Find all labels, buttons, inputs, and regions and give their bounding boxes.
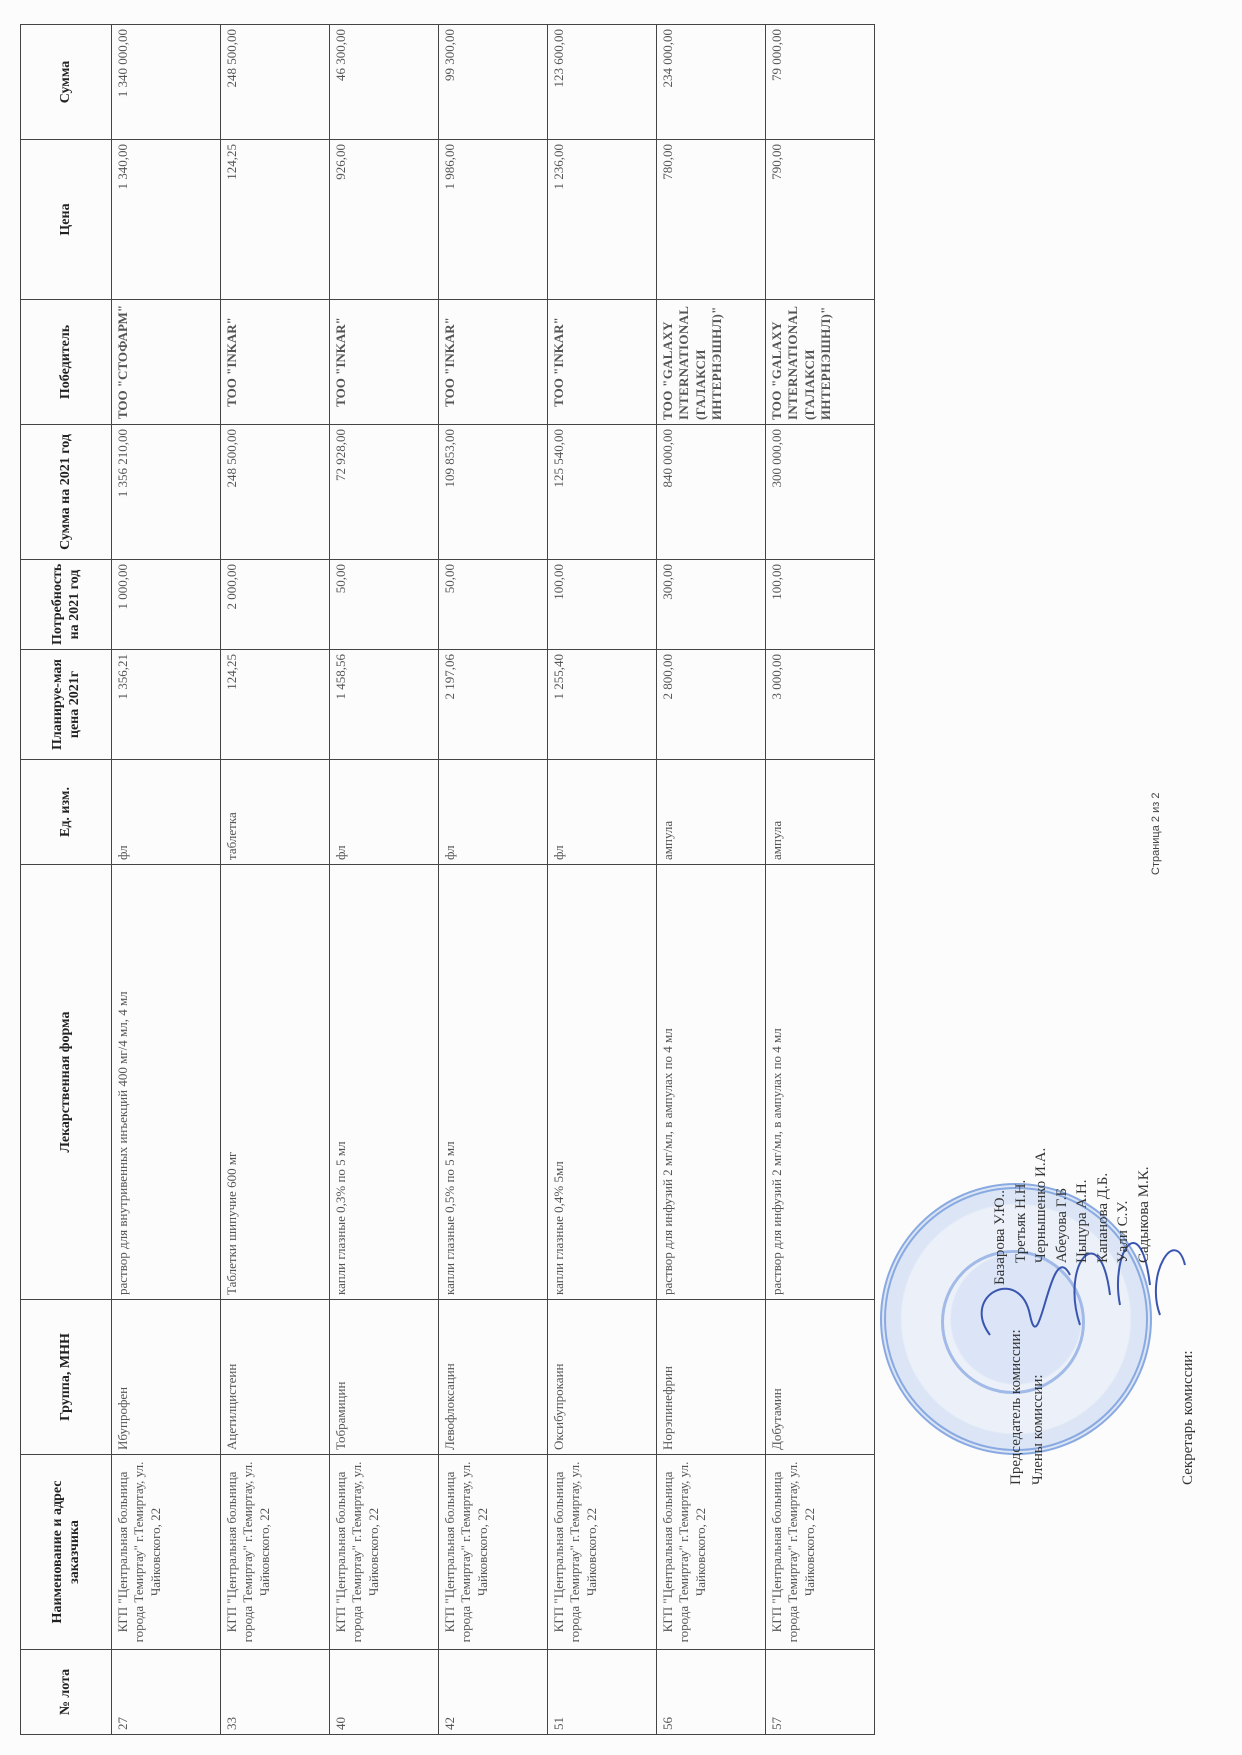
sum-cell: 234 000,00 [657, 25, 766, 140]
sum-2021-cell: 300 000,00 [766, 425, 875, 560]
customer-cell: КГП "Центральная больница города Темирта… [112, 1455, 221, 1650]
sum-cell: 1 340 000,00 [112, 25, 221, 140]
header-price: Цена [21, 140, 112, 300]
inn-cell: Ацетилцистеин [221, 1300, 330, 1455]
customer-cell: КГП "Центральная больница города Темирта… [548, 1455, 657, 1650]
sum-2021-cell: 109 853,00 [439, 425, 548, 560]
unit-cell: фл [548, 760, 657, 865]
sum-cell: 123 600,00 [548, 25, 657, 140]
secretary-label: Секретарь комиссии: [1180, 1350, 1197, 1485]
inn-cell: Левофлоксацин [439, 1300, 548, 1455]
form-cell: раствор для внутривенных инъекций 400 мг… [112, 865, 221, 1300]
winner-cell: ТОО "INKAR" [330, 300, 439, 425]
winner-cell: ТОО "GALAXY INTERNATIONAL (ГАЛАКСИ ИНТЕР… [766, 300, 875, 425]
winner-cell: ТОО "INKAR" [548, 300, 657, 425]
header-unit: Ед. изм. [21, 760, 112, 865]
lot-cell: 33 [221, 1650, 330, 1735]
inn-cell: Оксибупрокаин [548, 1300, 657, 1455]
inn-cell: Тобрамицин [330, 1300, 439, 1455]
commission-labels: Председатель комиссии: Члены комиссии: [1005, 1329, 1049, 1485]
planned-price-cell: 2 800,00 [657, 650, 766, 760]
lot-cell: 40 [330, 1650, 439, 1735]
sum-cell: 99 300,00 [439, 25, 548, 140]
commission-member: Третьяк Н.Н. [1011, 1148, 1032, 1285]
header-inn: Группа, МНН [21, 1300, 112, 1455]
unit-cell: таблетка [221, 760, 330, 865]
need-cell: 50,00 [439, 560, 548, 650]
unit-cell: фл [439, 760, 548, 865]
price-cell: 780,00 [657, 140, 766, 300]
unit-cell: фл [330, 760, 439, 865]
lot-cell: 42 [439, 1650, 548, 1735]
commission-member: Капанова Д.Б. [1093, 1148, 1114, 1285]
table-row: 57КГП "Центральная больница города Темир… [766, 25, 875, 1735]
table-row: 56КГП "Центральная больница города Темир… [657, 25, 766, 1735]
commission-names: Базарова У.Ю.. Третьяк Н.Н. Чернышенко И… [990, 1148, 1154, 1285]
header-planned-price: Планируе-мая цена 2021г [21, 650, 112, 760]
header-need: Потребность на 2021 год [21, 560, 112, 650]
customer-cell: КГП "Центральная больница города Темирта… [439, 1455, 548, 1650]
table-header-row: № лота Наименование и адрес заказчика Гр… [21, 25, 112, 1735]
document-page: № лота Наименование и адрес заказчика Гр… [0, 0, 1242, 1755]
need-cell: 1 000,00 [112, 560, 221, 650]
price-cell: 1 986,00 [439, 140, 548, 300]
price-cell: 790,00 [766, 140, 875, 300]
planned-price-cell: 2 197,06 [439, 650, 548, 760]
planned-price-cell: 1 458,56 [330, 650, 439, 760]
commission-member: Абеуова Г.Б [1052, 1148, 1073, 1285]
planned-price-cell: 3 000,00 [766, 650, 875, 760]
table-row: 27КГП "Центральная больница города Темир… [112, 25, 221, 1735]
need-cell: 2 000,00 [221, 560, 330, 650]
sum-2021-cell: 1 356 210,00 [112, 425, 221, 560]
header-form: Лекарственная форма [21, 865, 112, 1300]
header-sum-2021: Сумма на 2021 год [21, 425, 112, 560]
planned-price-cell: 1 356,21 [112, 650, 221, 760]
inn-cell: Добутамин [766, 1300, 875, 1455]
sum-2021-cell: 840 000,00 [657, 425, 766, 560]
sum-cell: 79 000,00 [766, 25, 875, 140]
lot-cell: 51 [548, 1650, 657, 1735]
need-cell: 300,00 [657, 560, 766, 650]
table-row: 51КГП "Центральная больница города Темир… [548, 25, 657, 1735]
header-sum: Сумма [21, 25, 112, 140]
commission-member: Цыцура А.Н. [1072, 1148, 1093, 1285]
header-winner: Победитель [21, 300, 112, 425]
winner-cell: ТОО "GALAXY INTERNATIONAL (ГАЛАКСИ ИНТЕР… [657, 300, 766, 425]
table-row: 40КГП "Центральная больница города Темир… [330, 25, 439, 1735]
winner-cell: ТОО "INKAR" [221, 300, 330, 425]
planned-price-cell: 1 255,40 [548, 650, 657, 760]
commission-member: Чернышенко И.А. [1031, 1148, 1052, 1285]
winner-cell: ТОО "СТОФАРМ" [112, 300, 221, 425]
table-row: 33КГП "Центральная больница города Темир… [221, 25, 330, 1735]
price-cell: 124,25 [221, 140, 330, 300]
lot-cell: 27 [112, 1650, 221, 1735]
header-customer: Наименование и адрес заказчика [21, 1455, 112, 1650]
planned-price-cell: 124,25 [221, 650, 330, 760]
customer-cell: КГП "Центральная больница города Темирта… [330, 1455, 439, 1650]
price-cell: 1 236,00 [548, 140, 657, 300]
sum-2021-cell: 72 928,00 [330, 425, 439, 560]
procurement-results-table: № лота Наименование и адрес заказчика Гр… [20, 24, 875, 1735]
customer-cell: КГП "Центральная больница города Темирта… [766, 1455, 875, 1650]
customer-cell: КГП "Центральная больница города Темирта… [221, 1455, 330, 1650]
form-cell: капли глазные 0,4% 5мл [548, 865, 657, 1300]
sum-cell: 46 300,00 [330, 25, 439, 140]
form-cell: раствор для инфузий 2 мг/мл, в ампулах п… [657, 865, 766, 1300]
commission-member: Садыкова М.К. [1134, 1148, 1155, 1285]
unit-cell: фл [112, 760, 221, 865]
table-row: 42КГП "Центральная больница города Темир… [439, 25, 548, 1735]
unit-cell: ампула [657, 760, 766, 865]
lot-cell: 56 [657, 1650, 766, 1735]
need-cell: 100,00 [548, 560, 657, 650]
need-cell: 50,00 [330, 560, 439, 650]
unit-cell: ампула [766, 760, 875, 865]
commission-member: Базарова У.Ю.. [990, 1148, 1011, 1285]
sum-cell: 248 500,00 [221, 25, 330, 140]
sum-2021-cell: 248 500,00 [221, 425, 330, 560]
members-label: Члены комиссии: [1027, 1329, 1049, 1485]
inn-cell: Ибупрофен [112, 1300, 221, 1455]
price-cell: 1 340,00 [112, 140, 221, 300]
page-number: Страница 2 из 2 [1150, 793, 1162, 875]
header-lot: № лота [21, 1650, 112, 1735]
need-cell: 100,00 [766, 560, 875, 650]
lot-cell: 57 [766, 1650, 875, 1735]
winner-cell: ТОО "INKAR" [439, 300, 548, 425]
inn-cell: Норэпинефрин [657, 1300, 766, 1455]
chair-label: Председатель комиссии: [1005, 1329, 1027, 1485]
commission-member: Уали С.У. [1113, 1148, 1134, 1285]
form-cell: раствор для инфузий 2 мг/мл, в ампулах п… [766, 865, 875, 1300]
sum-2021-cell: 125 540,00 [548, 425, 657, 560]
customer-cell: КГП "Центральная больница города Темирта… [657, 1455, 766, 1650]
form-cell: капли глазные 0,3% по 5 мл [330, 865, 439, 1300]
price-cell: 926,00 [330, 140, 439, 300]
form-cell: Таблетки шипучие 600 мг [221, 865, 330, 1300]
form-cell: капли глазные 0,5% по 5 мл [439, 865, 548, 1300]
